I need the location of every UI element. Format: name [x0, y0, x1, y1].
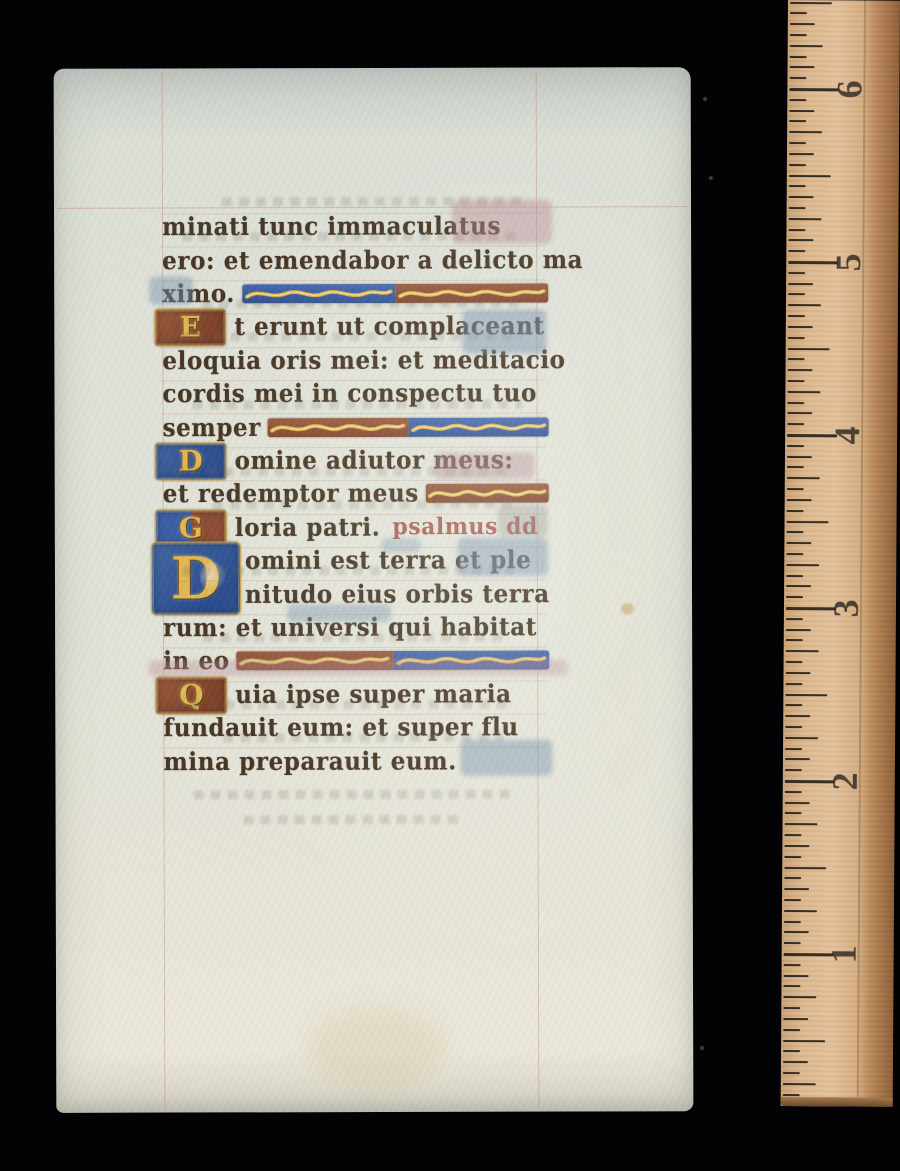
ruler-tick: [787, 499, 812, 501]
line-text: omine adiutor meus:: [235, 446, 514, 476]
ruler-tick: [788, 272, 805, 274]
line-text: t erunt ut complaceant: [234, 312, 544, 342]
ruler-tick: [786, 618, 803, 620]
ruler-tick: [789, 175, 831, 177]
ruler-tick: [784, 910, 817, 912]
text-line: mina preparauit eum.: [163, 744, 553, 778]
ruler-tick: [789, 207, 806, 209]
illuminated-initial: E: [154, 309, 226, 347]
ruler-tick: [785, 715, 810, 717]
line-filler: [242, 284, 548, 304]
line-text: rum: et universi qui habitat: [163, 612, 537, 642]
ruler-tick: [785, 737, 818, 739]
ruler-tick: [787, 466, 804, 468]
ruler-tick: [783, 1072, 800, 1074]
ruler-tick: [786, 531, 803, 533]
line-text: et redemptor meus: [163, 479, 419, 509]
ruler-number: 4: [826, 415, 868, 455]
text-line: ero: et emendabor a delicto ma: [162, 243, 552, 277]
ruler-number: 3: [825, 588, 867, 628]
ruler-tick: [789, 120, 806, 122]
ruler-tick: [790, 2, 832, 4]
text-line: eloquia oris mei: et meditacio: [162, 343, 552, 377]
ruler-tick: [786, 650, 819, 652]
ruler-tick: [784, 899, 801, 901]
ruler-tick: [784, 845, 809, 847]
text-line: minati tunc immaculatus: [162, 210, 552, 244]
ruler-tick: [788, 229, 805, 231]
ruler-tick: [785, 726, 802, 728]
ruler-end-cap: [781, 1097, 893, 1107]
ruler-tick: [790, 66, 815, 68]
text-line: nitudo eius orbis terra: [163, 577, 553, 611]
ruler-tick: [787, 391, 820, 393]
ruler-tick: [788, 358, 805, 360]
text-line: cordis mei in conspectu tuo: [162, 377, 552, 411]
wooden-ruler: 654321: [781, 0, 900, 1107]
ruler-tick: [784, 877, 801, 879]
ruler-number: 5: [827, 242, 869, 282]
text-line: rum: et universi qui habitat: [163, 610, 553, 644]
ruler-tick: [787, 412, 812, 414]
ruler-tick: [788, 250, 805, 252]
ruler-tick: [789, 99, 806, 101]
ruler-tick: [788, 293, 805, 295]
ruler-tick: [784, 888, 809, 890]
line-text: eloquia oris mei: et meditacio: [162, 345, 565, 375]
photo-backdrop: minati tunc immaculatusero: et emendabor…: [0, 0, 900, 1171]
ruler-tick: [787, 456, 812, 458]
ruler-tick: [783, 1094, 800, 1096]
ruler-tick: [785, 758, 810, 760]
ruler-tick: [785, 823, 818, 825]
ruler-tick: [790, 56, 807, 58]
ruler-tick: [784, 921, 801, 923]
manuscript-leaf: minati tunc immaculatusero: et emendabor…: [54, 67, 694, 1113]
stain: [306, 1008, 446, 1088]
dust-speck: [703, 97, 707, 101]
ruling-line-top: [57, 206, 688, 209]
ruler-tick: [784, 975, 809, 977]
ruler-tick: [784, 964, 801, 966]
ruler-tick: [785, 704, 802, 706]
line-filler-segment: [393, 651, 549, 670]
ruler-tick: [786, 639, 803, 641]
ruler-tick: [786, 564, 819, 566]
ruler-tick: [785, 791, 802, 793]
ruler-tick: [786, 629, 811, 631]
line-text: loria patri.: [235, 513, 381, 543]
ruler-tick: [789, 110, 814, 112]
stain: [574, 287, 665, 807]
initial-letter: G: [179, 514, 203, 542]
ruler-tick: [784, 834, 801, 836]
show-through: [222, 197, 522, 207]
line-text: ero: et emendabor a delicto ma: [162, 245, 583, 275]
ruler-tick: [787, 445, 804, 447]
ruler-number: 1: [823, 934, 865, 974]
ruler-number: 6: [828, 69, 870, 109]
ruler-tick: [783, 1007, 800, 1009]
ruler-tick: [788, 369, 813, 371]
ruler-tick: [790, 34, 807, 36]
ruler-tick: [790, 45, 823, 47]
text-line: ximo.: [162, 276, 552, 310]
ruler-tick: [789, 142, 806, 144]
ruler-tick: [786, 672, 811, 674]
show-through: [194, 790, 514, 800]
ruler-tick: [787, 402, 804, 404]
ruler-tick: [789, 218, 822, 220]
ruler-tick: [789, 77, 806, 79]
rubric-text: psalmus dd: [392, 513, 538, 541]
line-filler-segment: [395, 284, 548, 303]
ruler-tick: [783, 985, 800, 987]
line-text: ximo.: [162, 279, 235, 308]
text-line: Et erunt ut complaceant: [162, 310, 552, 344]
line-text: nitudo eius orbis terra: [245, 579, 550, 609]
ruler-tick: [786, 596, 803, 598]
text-line: Quia ipse super maria: [163, 677, 553, 711]
show-through: [244, 815, 464, 825]
ruler-tick: [784, 931, 809, 933]
initial-letter: E: [180, 314, 201, 342]
ruler-tick: [786, 575, 803, 577]
ruler-tick: [783, 1018, 808, 1020]
line-text: omini est terra et ple: [245, 546, 531, 576]
ruler-tick: [783, 1050, 800, 1052]
line-text: minati tunc immaculatus: [162, 212, 501, 242]
ruler-tick: [785, 683, 802, 685]
ruler-tick: [788, 348, 830, 350]
ruler-tick: [785, 802, 810, 804]
ruler-tick: [789, 196, 814, 198]
ruler-ticks: 654321: [788, 0, 900, 1]
ruler-tick: [786, 542, 811, 544]
ruler-tick: [787, 380, 804, 382]
line-text: mina preparauit eum.: [163, 746, 456, 776]
ruler-tick: [785, 769, 802, 771]
line-text: in eo: [163, 647, 230, 676]
ruler-tick: [790, 12, 807, 14]
dust-speck: [700, 1046, 704, 1050]
ruler-tick: [788, 326, 813, 328]
line-filler-segment: [242, 284, 395, 303]
line-filler: [268, 417, 549, 437]
text-block: minati tunc immaculatusero: et emendabor…: [162, 210, 553, 779]
ruler-tick: [785, 693, 827, 695]
line-filler-segment: [268, 417, 408, 436]
ruler-tick: [788, 315, 805, 317]
text-line: et redemptor meus: [163, 477, 553, 511]
ruler-tick: [788, 337, 805, 339]
ruler-tick: [784, 866, 826, 868]
text-line: semper: [163, 410, 553, 444]
ruler-tick: [789, 164, 806, 166]
ruler-tick: [783, 1039, 825, 1041]
line-filler: [426, 484, 549, 503]
illuminated-initial: D: [155, 442, 227, 480]
initial-letter: D: [178, 447, 202, 475]
ruler-tick: [789, 185, 806, 187]
ruler-tick: [786, 661, 803, 663]
ruler-tick: [790, 23, 815, 25]
text-line: Gloria patri.psalmus dd: [163, 510, 553, 544]
illuminated-initial: Q: [155, 676, 227, 714]
ruler-tick: [783, 1061, 808, 1063]
ruler-tick: [787, 423, 804, 425]
text-line: in eo: [163, 644, 553, 678]
ruler-tick: [786, 585, 811, 587]
ruler-tick: [785, 812, 802, 814]
initial-letter: Q: [179, 681, 203, 709]
ruler-tick: [785, 748, 802, 750]
line-filler: [237, 651, 550, 671]
dust-speck: [709, 176, 713, 180]
line-filler-segment: [408, 417, 548, 436]
line-filler-segment: [426, 484, 549, 503]
ruler-tick: [783, 1029, 800, 1031]
ruler-tick: [787, 510, 804, 512]
ruler-tick: [784, 856, 801, 858]
ruler-tick: [789, 131, 822, 133]
text-line: fundauit eum: et super flu: [163, 711, 553, 745]
line-filler-segment: [237, 651, 393, 670]
line-text: cordis mei in conspectu tuo: [162, 379, 536, 409]
ruler-tick: [787, 521, 829, 523]
ruler-tick: [789, 153, 814, 155]
ruler-tick: [784, 942, 801, 944]
text-line: Domine adiutor meus:: [163, 443, 553, 477]
text-line: Domini est terra et ple: [163, 544, 553, 578]
line-text: semper: [163, 413, 261, 442]
line-text: uia ipse super maria: [235, 679, 511, 709]
ruler-tick: [787, 477, 820, 479]
leaf-decoration-layer: [54, 67, 691, 69]
ruler-tick: [788, 239, 813, 241]
line-text: fundauit eum: et super flu: [163, 713, 518, 743]
ruler-number: 2: [824, 761, 866, 801]
stain: [621, 603, 634, 614]
ruler-tick: [783, 996, 816, 998]
ruler-tick: [787, 488, 804, 490]
ruler-tick: [788, 304, 821, 306]
ruler-tick: [783, 1083, 816, 1085]
ruler-tick: [788, 283, 813, 285]
ruler-tick: [786, 553, 803, 555]
